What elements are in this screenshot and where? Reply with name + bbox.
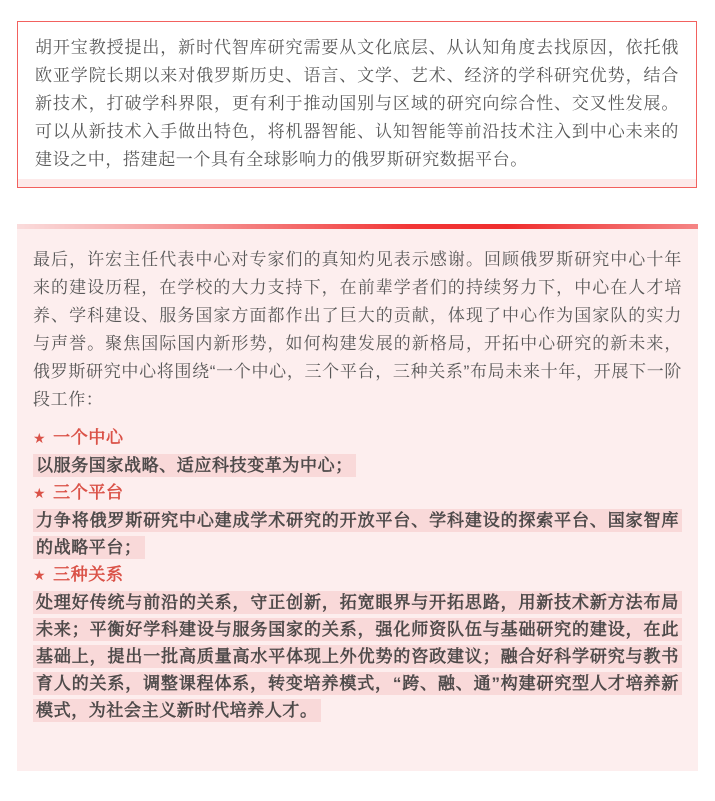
- section-one-center: ★一个中心 以服务国家战略、适应科技变革为中心；: [33, 424, 682, 479]
- expert-quote-text: 胡开宝教授提出，新时代智库研究需要从文化底层、从认知角度去找原因，依托俄欧亚学院…: [18, 22, 696, 179]
- summary-intro-paragraph: 最后，许宏主任代表中心对专家们的真知灼见表示感谢。回顾俄罗斯研究中心十年来的建设…: [33, 246, 682, 414]
- section-title: 三种关系: [53, 565, 123, 584]
- section-three-platforms: ★三个平台 力争将俄罗斯研究中心建成学术研究的开放平台、学科建设的探索平台、国家…: [33, 479, 682, 561]
- quote-box-bottom-strip: [18, 179, 696, 187]
- section-three-relations: ★三种关系 处理好传统与前沿的关系，守正创新，拓宽眼界与开拓思路，用新技术新方法…: [33, 561, 682, 724]
- section-heading-three-platforms: ★三个平台: [33, 479, 682, 507]
- highlighted-text: 力争将俄罗斯研究中心建成学术研究的开放平台、学科建设的探索平台、国家智库的战略平…: [33, 509, 682, 559]
- section-body-three-relations: 处理好传统与前沿的关系，守正创新，拓宽眼界与开拓思路，用新技术新方法布局未来；平…: [33, 589, 682, 724]
- star-icon: ★: [33, 485, 46, 501]
- section-body-one-center: 以服务国家战略、适应科技变革为中心；: [33, 452, 682, 479]
- summary-content: 最后，许宏主任代表中心对专家们的真知灼见表示感谢。回顾俄罗斯研究中心十年来的建设…: [17, 229, 698, 771]
- section-heading-three-relations: ★三种关系: [33, 561, 682, 589]
- highlighted-text: 以服务国家战略、适应科技变革为中心；: [33, 454, 356, 477]
- star-icon: ★: [33, 430, 46, 446]
- expert-quote-box: 胡开宝教授提出，新时代智库研究需要从文化底层、从认知角度去找原因，依托俄欧亚学院…: [17, 21, 697, 188]
- summary-block: 最后，许宏主任代表中心对专家们的真知灼见表示感谢。回顾俄罗斯研究中心十年来的建设…: [17, 224, 698, 771]
- section-title: 三个平台: [53, 483, 123, 502]
- highlighted-text: 处理好传统与前沿的关系，守正创新，拓宽眼界与开拓思路，用新技术新方法布局未来；平…: [33, 591, 682, 722]
- section-heading-one-center: ★一个中心: [33, 424, 682, 452]
- star-icon: ★: [33, 567, 46, 583]
- section-title: 一个中心: [53, 428, 123, 447]
- section-body-three-platforms: 力争将俄罗斯研究中心建成学术研究的开放平台、学科建设的探索平台、国家智库的战略平…: [33, 507, 682, 561]
